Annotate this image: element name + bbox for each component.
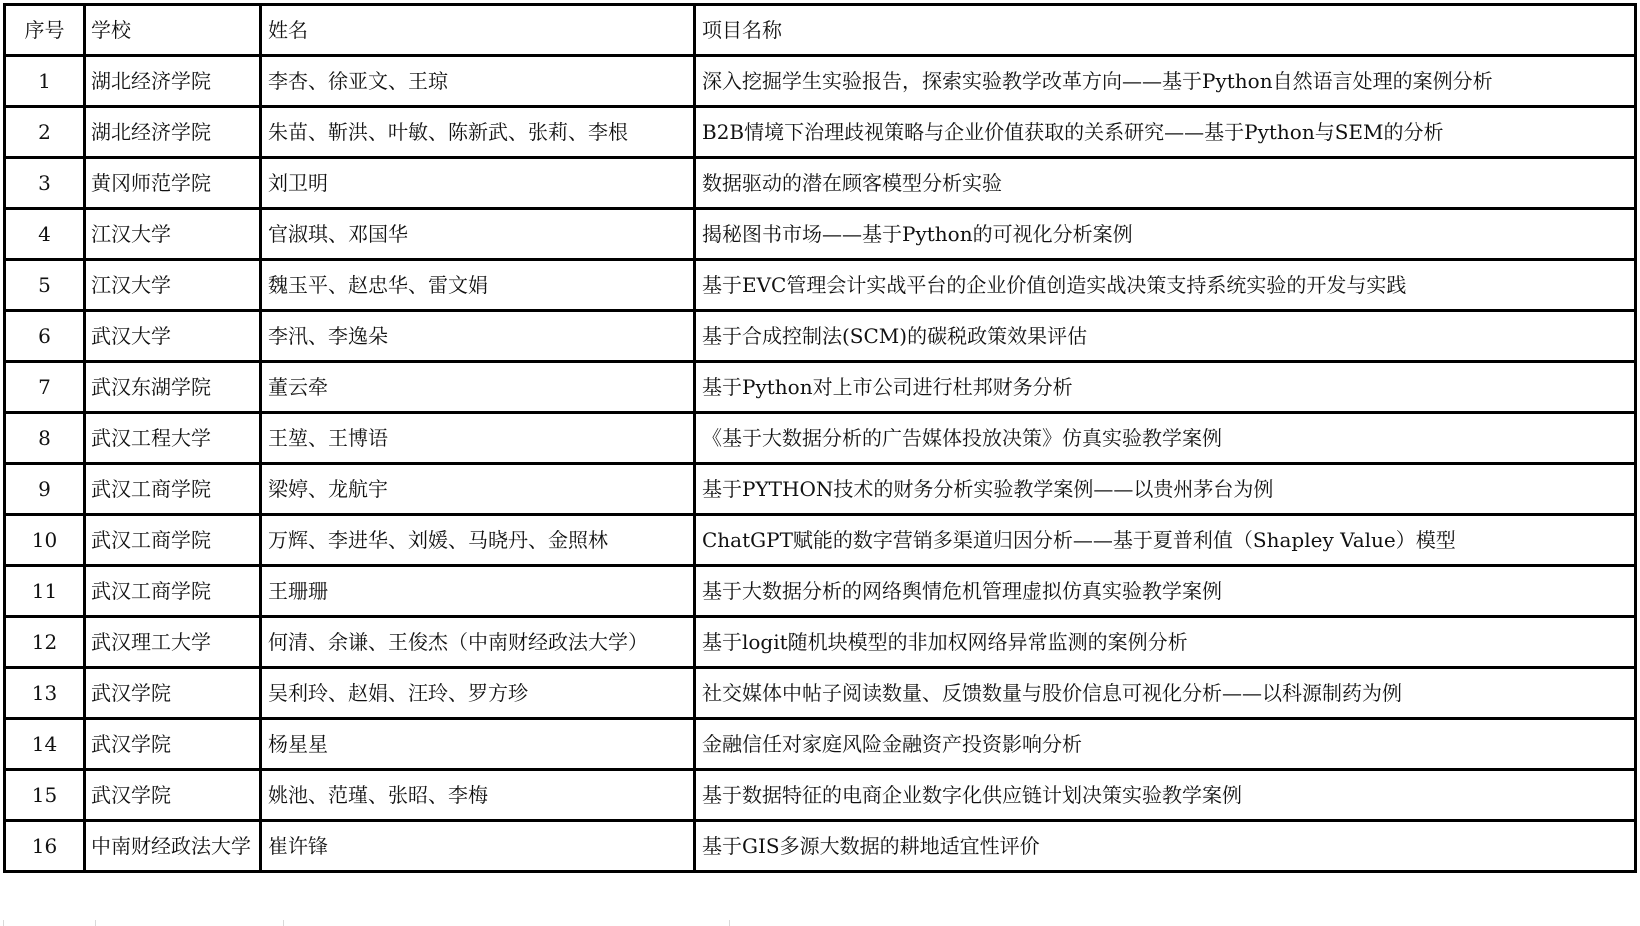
table-row: 3 黄冈师范学院 刘卫明 数据驱动的潜在顾客模型分析实验 [5,158,1636,209]
cell-project[interactable]: 社交媒体中帖子阅读数量、反馈数量与股价信息可视化分析——以科源制药为例 [695,668,1636,719]
cell-project[interactable]: 基于logit随机块模型的非加权网络异常监测的案例分析 [695,617,1636,668]
header-row: 序号 学校 姓名 项目名称 [5,5,1636,56]
table-row: 7 武汉东湖学院 董云牵 基于Python对上市公司进行杜邦财务分析 [5,362,1636,413]
cell-school[interactable]: 黄冈师范学院 [85,158,261,209]
table-row: 14 武汉学院 杨星星 金融信任对家庭风险金融资产投资影响分析 [5,719,1636,770]
cell-names[interactable]: 王珊珊 [261,566,695,617]
table-row: 2 湖北经济学院 朱苗、靳洪、叶敏、陈新武、张莉、李根 B2B情境下治理歧视策略… [5,107,1636,158]
cell-project[interactable]: 基于Python对上市公司进行杜邦财务分析 [695,362,1636,413]
cell-names[interactable]: 朱苗、靳洪、叶敏、陈新武、张莉、李根 [261,107,695,158]
cell-school[interactable]: 湖北经济学院 [85,56,261,107]
cell-school[interactable]: 武汉工商学院 [85,566,261,617]
cell-school[interactable]: 武汉大学 [85,311,261,362]
cell-names[interactable]: 万辉、李进华、刘媛、马晓丹、金照林 [261,515,695,566]
cell-index[interactable]: 9 [5,464,85,515]
header-school[interactable]: 学校 [85,5,261,56]
header-names[interactable]: 姓名 [261,5,695,56]
cell-names[interactable]: 刘卫明 [261,158,695,209]
cell-index[interactable]: 6 [5,311,85,362]
cell-project[interactable]: 金融信任对家庭风险金融资产投资影响分析 [695,719,1636,770]
cell-school[interactable]: 武汉工程大学 [85,413,261,464]
cell-names[interactable]: 董云牵 [261,362,695,413]
cell-names[interactable]: 李杏、徐亚文、王琼 [261,56,695,107]
cell-school[interactable]: 江汉大学 [85,260,261,311]
cell-project[interactable]: 基于EVC管理会计实战平台的企业价值创造实战决策支持系统实验的开发与实践 [695,260,1636,311]
cell-project[interactable]: B2B情境下治理歧视策略与企业价值获取的关系研究——基于Python与SEM的分… [695,107,1636,158]
table-row: 8 武汉工程大学 王堃、王博语 《基于大数据分析的广告媒体投放决策》仿真实验教学… [5,413,1636,464]
cell-project[interactable]: 基于大数据分析的网络舆情危机管理虚拟仿真实验教学案例 [695,566,1636,617]
cell-school[interactable]: 武汉东湖学院 [85,362,261,413]
cell-project[interactable]: 深入挖掘学生实验报告，探索实验教学改革方向——基于Python自然语言处理的案例… [695,56,1636,107]
table-row: 12 武汉理工大学 何清、余谦、王俊杰（中南财经政法大学） 基于logit随机块… [5,617,1636,668]
cell-names[interactable]: 杨星星 [261,719,695,770]
cell-school[interactable]: 武汉工商学院 [85,515,261,566]
cell-index[interactable]: 12 [5,617,85,668]
table-row: 9 武汉工商学院 梁婷、龙航宇 基于PYTHON技术的财务分析实验教学案例——以… [5,464,1636,515]
cell-project[interactable]: 基于合成控制法(SCM)的碳税政策效果评估 [695,311,1636,362]
cell-names[interactable]: 官淑琪、邓国华 [261,209,695,260]
cell-names[interactable]: 崔许锋 [261,821,695,872]
cell-index[interactable]: 15 [5,770,85,821]
table-row: 13 武汉学院 吴利玲、赵娟、汪玲、罗方珍 社交媒体中帖子阅读数量、反馈数量与股… [5,668,1636,719]
cell-project[interactable]: 基于数据特征的电商企业数字化供应链计划决策实验教学案例 [695,770,1636,821]
cell-school[interactable]: 武汉学院 [85,668,261,719]
cell-index[interactable]: 7 [5,362,85,413]
cell-index[interactable]: 1 [5,56,85,107]
cell-names[interactable]: 何清、余谦、王俊杰（中南财经政法大学） [261,617,695,668]
cell-project[interactable]: ChatGPT赋能的数字营销多渠道归因分析——基于夏普利值（Shapley Va… [695,515,1636,566]
cell-school[interactable]: 湖北经济学院 [85,107,261,158]
table-row: 10 武汉工商学院 万辉、李进华、刘媛、马晓丹、金照林 ChatGPT赋能的数字… [5,515,1636,566]
cell-index[interactable]: 5 [5,260,85,311]
cell-index[interactable]: 10 [5,515,85,566]
table-row: 4 江汉大学 官淑琪、邓国华 揭秘图书市场——基于Python的可视化分析案例 [5,209,1636,260]
cell-school[interactable]: 江汉大学 [85,209,261,260]
cell-school[interactable]: 武汉理工大学 [85,617,261,668]
cell-index[interactable]: 14 [5,719,85,770]
cell-names[interactable]: 魏玉平、赵忠华、雷文娟 [261,260,695,311]
table-row: 1 湖北经济学院 李杏、徐亚文、王琼 深入挖掘学生实验报告，探索实验教学改革方向… [5,56,1636,107]
cell-project[interactable]: 《基于大数据分析的广告媒体投放决策》仿真实验教学案例 [695,413,1636,464]
cell-names[interactable]: 姚池、范瑾、张昭、李梅 [261,770,695,821]
cell-school[interactable]: 武汉工商学院 [85,464,261,515]
cell-index[interactable]: 13 [5,668,85,719]
cell-project[interactable]: 数据驱动的潜在顾客模型分析实验 [695,158,1636,209]
table-row: 16 中南财经政法大学 崔许锋 基于GIS多源大数据的耕地适宜性评价 [5,821,1636,872]
cell-names[interactable]: 梁婷、龙航宇 [261,464,695,515]
cell-names[interactable]: 李汛、李逸朵 [261,311,695,362]
header-project[interactable]: 项目名称 [695,5,1636,56]
cell-project[interactable]: 基于GIS多源大数据的耕地适宜性评价 [695,821,1636,872]
cell-index[interactable]: 2 [5,107,85,158]
table-row: 5 江汉大学 魏玉平、赵忠华、雷文娟 基于EVC管理会计实战平台的企业价值创造实… [5,260,1636,311]
cell-names[interactable]: 王堃、王博语 [261,413,695,464]
cell-project[interactable]: 揭秘图书市场——基于Python的可视化分析案例 [695,209,1636,260]
cell-names[interactable]: 吴利玲、赵娟、汪玲、罗方珍 [261,668,695,719]
cell-index[interactable]: 4 [5,209,85,260]
cell-index[interactable]: 8 [5,413,85,464]
table-row: 11 武汉工商学院 王珊珊 基于大数据分析的网络舆情危机管理虚拟仿真实验教学案例 [5,566,1636,617]
cell-index[interactable]: 3 [5,158,85,209]
cell-school[interactable]: 中南财经政法大学 [85,821,261,872]
table-row: 6 武汉大学 李汛、李逸朵 基于合成控制法(SCM)的碳税政策效果评估 [5,311,1636,362]
cell-project[interactable]: 基于PYTHON技术的财务分析实验教学案例——以贵州茅台为例 [695,464,1636,515]
table-row: 15 武汉学院 姚池、范瑾、张昭、李梅 基于数据特征的电商企业数字化供应链计划决… [5,770,1636,821]
cell-school[interactable]: 武汉学院 [85,770,261,821]
cell-index[interactable]: 11 [5,566,85,617]
cell-index[interactable]: 16 [5,821,85,872]
project-list-table: 序号 学校 姓名 项目名称 1 湖北经济学院 李杏、徐亚文、王琼 深入挖掘学生实… [3,3,1637,873]
cell-school[interactable]: 武汉学院 [85,719,261,770]
header-index[interactable]: 序号 [5,5,85,56]
